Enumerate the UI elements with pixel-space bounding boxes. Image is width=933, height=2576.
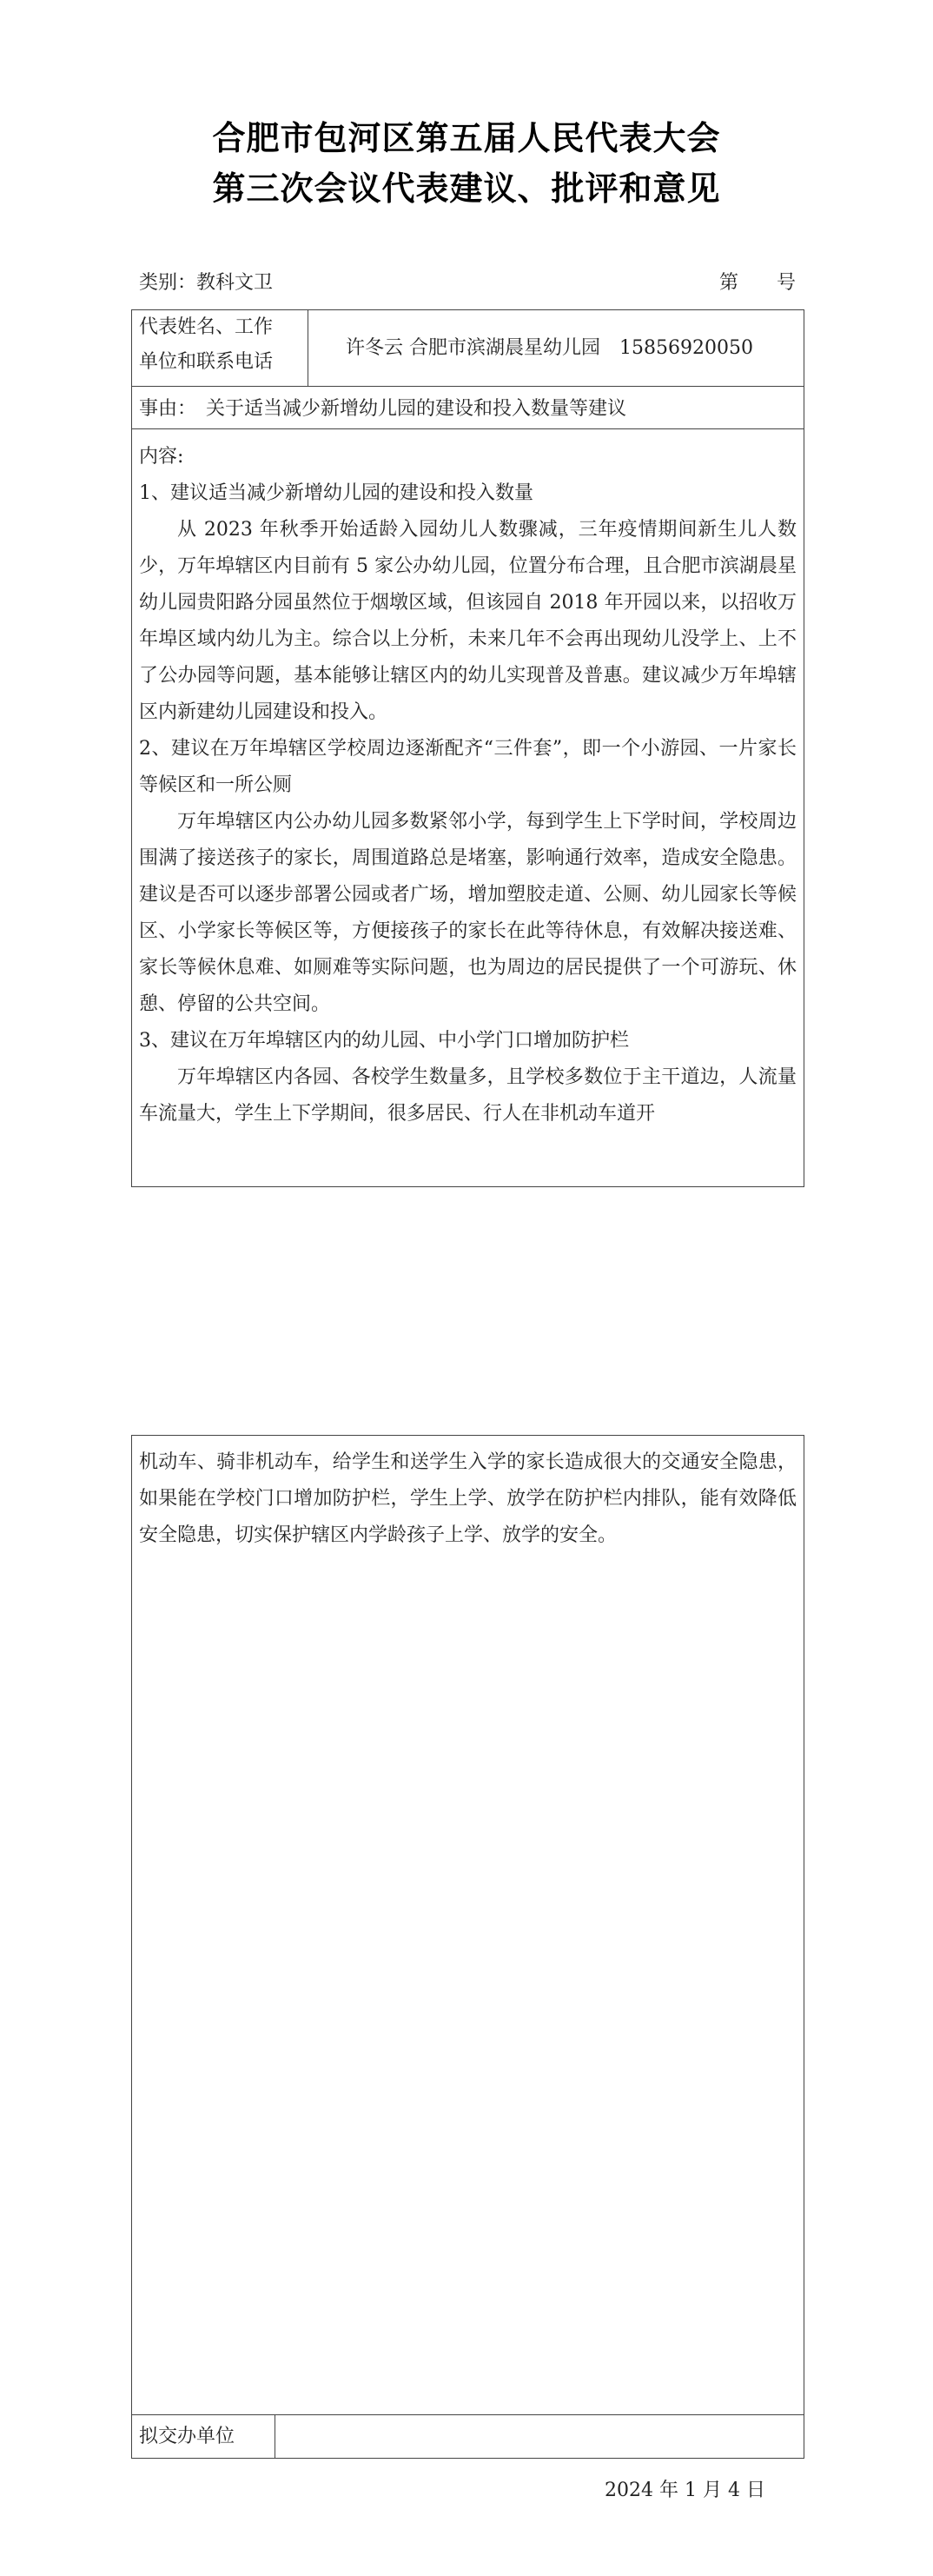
- rep-label-line1: 代表姓名、工作: [139, 309, 273, 347]
- content-label: 内容:: [139, 439, 797, 475]
- submission-date: 2024 年 1 月 4 日: [605, 2475, 765, 2502]
- section-body-1: 从 2023 年秋季开始适龄入园幼儿人数骤减，三年疫情期间新生儿人数少，万年埠辖…: [139, 512, 797, 731]
- section-body-2: 万年埠辖区内公办幼儿园多数紧邻小学，每到学生上下学时间，学校周边围满了接送孩子的…: [139, 804, 797, 1023]
- section-heading-1: 1、建议适当减少新增幼儿园的建设和投入数量: [139, 475, 797, 512]
- section-body-3: 万年埠辖区内各园、各校学生数量多，且学校多数位于主干道边，人流量车流量大，学生上…: [139, 1059, 797, 1132]
- row-divider: [132, 428, 804, 429]
- section-heading-3: 3、建议在万年埠辖区内的幼儿园、中小学门口增加防护栏: [139, 1023, 797, 1059]
- document-title-line1: 合肥市包河区第五届人民代表大会: [0, 111, 933, 159]
- proposal-form-page2: 机动车、骑非机动车，给学生和送学生入学的家长造成很大的交通安全隐患，如果能在学校…: [131, 1435, 804, 2459]
- document-title-line2: 第三次会议代表建议、批评和意见: [0, 162, 933, 209]
- proposal-form-page1: 代表姓名、工作 单位和联系电话 许冬云 合肥市滨湖晨星幼儿园 158569200…: [131, 309, 804, 1187]
- column-divider: [275, 2414, 275, 2458]
- rep-info-value: 许冬云 合肥市滨湖晨星幼儿园 15856920050: [346, 329, 753, 368]
- row-divider: [132, 2414, 804, 2415]
- rep-label-line2: 单位和联系电话: [139, 343, 273, 382]
- content-body-page2: 机动车、骑非机动车，给学生和送学生入学的家长造成很大的交通安全隐患，如果能在学校…: [139, 1444, 797, 1554]
- subject-field: 事由： 关于适当减少新增幼儿园的建设和投入数量等建议: [139, 390, 626, 428]
- content-body-page1: 内容: 1、建议适当减少新增幼儿园的建设和投入数量 从 2023 年秋季开始适龄…: [139, 439, 797, 1132]
- row-divider: [132, 386, 804, 387]
- section-heading-2: 2、建议在万年埠辖区学校周边逐渐配齐“三件套”，即一个小游园、一片家长等候区和一…: [139, 731, 797, 804]
- category-label: 类别：教科文卫: [139, 268, 273, 295]
- assign-unit-label: 拟交办单位: [139, 2418, 235, 2456]
- number-label: 第 号: [719, 268, 796, 295]
- section-body-3-continued: 机动车、骑非机动车，给学生和送学生入学的家长造成很大的交通安全隐患，如果能在学校…: [139, 1444, 797, 1554]
- column-divider: [308, 310, 308, 387]
